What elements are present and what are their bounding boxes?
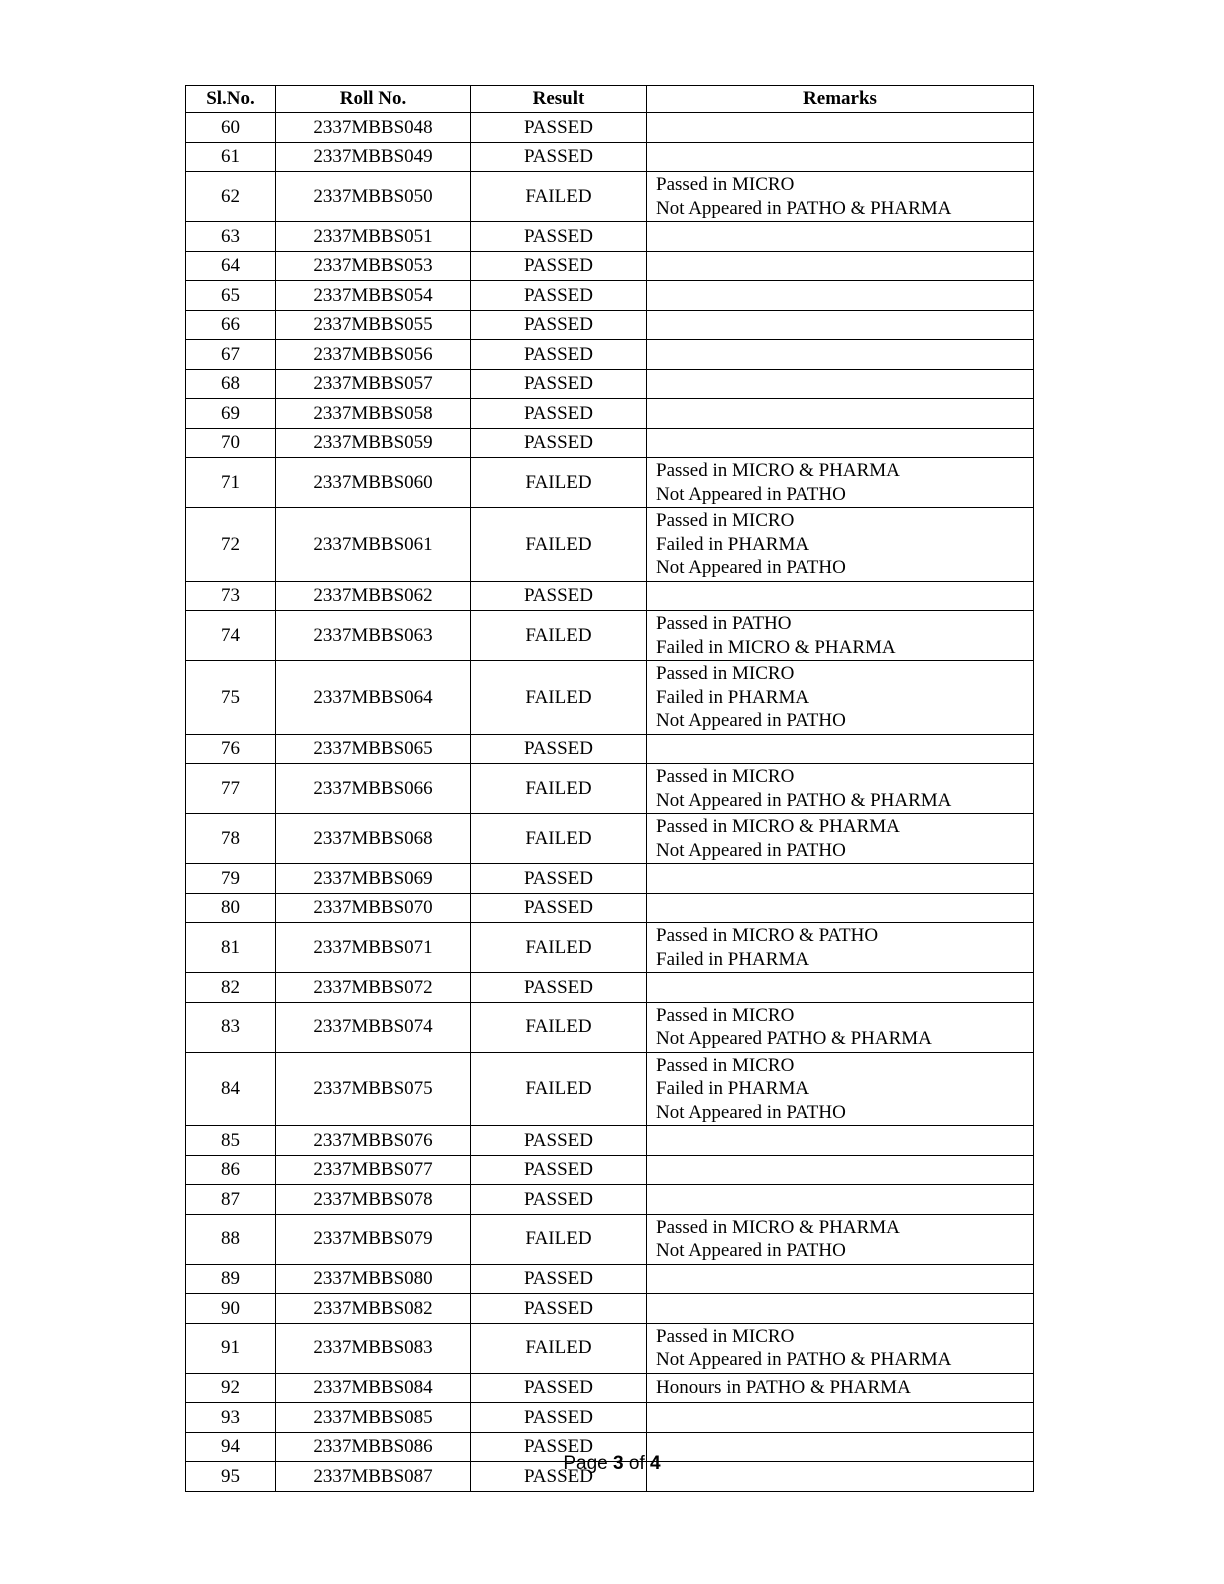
remark-line: Passed in MICRO & PHARMA: [656, 1216, 1033, 1240]
remark-line: Passed in MICRO: [656, 1054, 1033, 1078]
cell-result: FAILED: [471, 814, 647, 864]
cell-sl-no: 60: [186, 113, 276, 143]
cell-roll-no: 2337MBBS057: [276, 369, 471, 399]
cell-result: FAILED: [471, 1002, 647, 1052]
table-row: 662337MBBS055PASSED: [186, 310, 1034, 340]
cell-roll-no: 2337MBBS078: [276, 1185, 471, 1215]
cell-sl-no: 65: [186, 281, 276, 311]
cell-result: FAILED: [471, 611, 647, 661]
current-page-number: 3: [613, 1453, 624, 1474]
cell-result: PASSED: [471, 1373, 647, 1403]
cell-sl-no: 82: [186, 973, 276, 1003]
remark-line: Passed in MICRO & PHARMA: [656, 815, 1033, 839]
cell-remarks: [647, 251, 1034, 281]
cell-roll-no: 2337MBBS079: [276, 1214, 471, 1264]
header-sl-no: Sl.No.: [186, 86, 276, 113]
cell-result: FAILED: [471, 1052, 647, 1126]
cell-sl-no: 89: [186, 1264, 276, 1294]
cell-remarks: [647, 893, 1034, 923]
remark-line: Passed in PATHO: [656, 612, 1033, 636]
table-row: 632337MBBS051PASSED: [186, 222, 1034, 252]
cell-remarks: [647, 1185, 1034, 1215]
cell-result: FAILED: [471, 1323, 647, 1373]
results-body: 602337MBBS048PASSED612337MBBS049PASSED62…: [186, 113, 1034, 1492]
cell-remarks: [647, 1126, 1034, 1156]
cell-roll-no: 2337MBBS059: [276, 428, 471, 458]
remark-line: Honours in PATHO & PHARMA: [656, 1376, 1033, 1400]
cell-roll-no: 2337MBBS060: [276, 458, 471, 508]
cell-remarks: [647, 310, 1034, 340]
of-word: of: [629, 1453, 645, 1474]
cell-sl-no: 73: [186, 581, 276, 611]
cell-sl-no: 69: [186, 399, 276, 429]
cell-sl-no: 77: [186, 764, 276, 814]
cell-sl-no: 91: [186, 1323, 276, 1373]
cell-roll-no: 2337MBBS080: [276, 1264, 471, 1294]
cell-roll-no: 2337MBBS069: [276, 864, 471, 894]
cell-remarks: [647, 142, 1034, 172]
cell-roll-no: 2337MBBS050: [276, 172, 471, 222]
cell-remarks: [647, 369, 1034, 399]
remark-line: Not Appeared in PATHO & PHARMA: [656, 789, 1033, 813]
cell-roll-no: 2337MBBS062: [276, 581, 471, 611]
remark-line: Not Appeared PATHO & PHARMA: [656, 1027, 1033, 1051]
table-row: 712337MBBS060FAILEDPassed in MICRO & PHA…: [186, 458, 1034, 508]
cell-remarks: [647, 222, 1034, 252]
table-row: 762337MBBS065PASSED: [186, 734, 1034, 764]
cell-result: PASSED: [471, 1403, 647, 1433]
cell-remarks: Passed in MICRONot Appeared in PATHO & P…: [647, 764, 1034, 814]
cell-roll-no: 2337MBBS082: [276, 1294, 471, 1324]
cell-roll-no: 2337MBBS056: [276, 340, 471, 370]
cell-roll-no: 2337MBBS063: [276, 611, 471, 661]
cell-remarks: [647, 428, 1034, 458]
cell-result: FAILED: [471, 508, 647, 582]
cell-remarks: Passed in MICROFailed in PHARMANot Appea…: [647, 508, 1034, 582]
table-row: 852337MBBS076PASSED: [186, 1126, 1034, 1156]
cell-roll-no: 2337MBBS074: [276, 1002, 471, 1052]
table-row: 862337MBBS077PASSED: [186, 1155, 1034, 1185]
cell-sl-no: 62: [186, 172, 276, 222]
cell-result: PASSED: [471, 734, 647, 764]
remark-line: Passed in MICRO: [656, 765, 1033, 789]
cell-result: PASSED: [471, 281, 647, 311]
cell-remarks: [647, 1155, 1034, 1185]
cell-result: PASSED: [471, 340, 647, 370]
page-footer: Page 3 of 4: [0, 1453, 1224, 1475]
cell-sl-no: 87: [186, 1185, 276, 1215]
cell-result: FAILED: [471, 458, 647, 508]
cell-sl-no: 64: [186, 251, 276, 281]
remark-line: Not Appeared in PATHO: [656, 483, 1033, 507]
remark-line: Passed in MICRO & PHARMA: [656, 459, 1033, 483]
cell-roll-no: 2337MBBS084: [276, 1373, 471, 1403]
cell-result: PASSED: [471, 1126, 647, 1156]
cell-roll-no: 2337MBBS064: [276, 661, 471, 735]
cell-remarks: [647, 340, 1034, 370]
table-row: 672337MBBS056PASSED: [186, 340, 1034, 370]
cell-remarks: Passed in MICRONot Appeared PATHO & PHAR…: [647, 1002, 1034, 1052]
cell-sl-no: 71: [186, 458, 276, 508]
header-roll-no: Roll No.: [276, 86, 471, 113]
cell-sl-no: 90: [186, 1294, 276, 1324]
cell-roll-no: 2337MBBS061: [276, 508, 471, 582]
cell-remarks: [647, 1403, 1034, 1433]
results-table: Sl.No. Roll No. Result Remarks 602337MBB…: [185, 85, 1034, 1492]
table-row: 752337MBBS064FAILEDPassed in MICROFailed…: [186, 661, 1034, 735]
table-row: 842337MBBS075FAILEDPassed in MICROFailed…: [186, 1052, 1034, 1126]
remark-line: Passed in MICRO: [656, 1004, 1033, 1028]
cell-remarks: Passed in MICROFailed in PHARMANot Appea…: [647, 1052, 1034, 1126]
cell-sl-no: 92: [186, 1373, 276, 1403]
total-pages-number: 4: [650, 1453, 661, 1474]
cell-result: PASSED: [471, 142, 647, 172]
cell-sl-no: 66: [186, 310, 276, 340]
cell-remarks: [647, 1294, 1034, 1324]
table-row: 782337MBBS068FAILEDPassed in MICRO & PHA…: [186, 814, 1034, 864]
cell-sl-no: 61: [186, 142, 276, 172]
cell-sl-no: 88: [186, 1214, 276, 1264]
cell-sl-no: 83: [186, 1002, 276, 1052]
cell-result: FAILED: [471, 172, 647, 222]
cell-result: PASSED: [471, 1155, 647, 1185]
cell-roll-no: 2337MBBS068: [276, 814, 471, 864]
cell-roll-no: 2337MBBS083: [276, 1323, 471, 1373]
remark-line: Failed in PHARMA: [656, 1077, 1033, 1101]
table-row: 682337MBBS057PASSED: [186, 369, 1034, 399]
cell-roll-no: 2337MBBS049: [276, 142, 471, 172]
cell-sl-no: 76: [186, 734, 276, 764]
cell-sl-no: 79: [186, 864, 276, 894]
document-page: Sl.No. Roll No. Result Remarks 602337MBB…: [0, 0, 1224, 1584]
cell-remarks: [647, 1264, 1034, 1294]
cell-sl-no: 86: [186, 1155, 276, 1185]
cell-roll-no: 2337MBBS076: [276, 1126, 471, 1156]
cell-remarks: Passed in MICRO & PHARMANot Appeared in …: [647, 1214, 1034, 1264]
cell-sl-no: 80: [186, 893, 276, 923]
cell-remarks: Honours in PATHO & PHARMA: [647, 1373, 1034, 1403]
table-row: 932337MBBS085PASSED: [186, 1403, 1034, 1433]
table-header-row: Sl.No. Roll No. Result Remarks: [186, 86, 1034, 113]
header-result: Result: [471, 86, 647, 113]
cell-roll-no: 2337MBBS065: [276, 734, 471, 764]
cell-sl-no: 81: [186, 923, 276, 973]
cell-roll-no: 2337MBBS085: [276, 1403, 471, 1433]
table-row: 652337MBBS054PASSED: [186, 281, 1034, 311]
header-remarks: Remarks: [647, 86, 1034, 113]
cell-result: PASSED: [471, 428, 647, 458]
cell-result: PASSED: [471, 399, 647, 429]
cell-remarks: [647, 864, 1034, 894]
table-row: 722337MBBS061FAILEDPassed in MICROFailed…: [186, 508, 1034, 582]
cell-remarks: [647, 399, 1034, 429]
remark-line: Failed in PHARMA: [656, 948, 1033, 972]
table-row: 822337MBBS072PASSED: [186, 973, 1034, 1003]
cell-roll-no: 2337MBBS071: [276, 923, 471, 973]
cell-sl-no: 74: [186, 611, 276, 661]
cell-result: PASSED: [471, 310, 647, 340]
cell-result: FAILED: [471, 764, 647, 814]
cell-result: PASSED: [471, 893, 647, 923]
remark-line: Passed in MICRO: [656, 509, 1033, 533]
cell-roll-no: 2337MBBS066: [276, 764, 471, 814]
cell-result: PASSED: [471, 1264, 647, 1294]
cell-result: PASSED: [471, 973, 647, 1003]
cell-roll-no: 2337MBBS072: [276, 973, 471, 1003]
cell-result: PASSED: [471, 113, 647, 143]
cell-sl-no: 75: [186, 661, 276, 735]
table-row: 602337MBBS048PASSED: [186, 113, 1034, 143]
cell-result: FAILED: [471, 923, 647, 973]
table-row: 742337MBBS063FAILEDPassed in PATHOFailed…: [186, 611, 1034, 661]
remark-line: Not Appeared in PATHO & PHARMA: [656, 197, 1033, 221]
cell-roll-no: 2337MBBS075: [276, 1052, 471, 1126]
cell-roll-no: 2337MBBS058: [276, 399, 471, 429]
cell-sl-no: 68: [186, 369, 276, 399]
cell-remarks: Passed in MICRONot Appeared in PATHO & P…: [647, 1323, 1034, 1373]
table-row: 922337MBBS084PASSEDHonours in PATHO & PH…: [186, 1373, 1034, 1403]
cell-result: PASSED: [471, 251, 647, 281]
cell-roll-no: 2337MBBS077: [276, 1155, 471, 1185]
cell-result: PASSED: [471, 1185, 647, 1215]
cell-result: PASSED: [471, 581, 647, 611]
table-row: 692337MBBS058PASSED: [186, 399, 1034, 429]
table-row: 872337MBBS078PASSED: [186, 1185, 1034, 1215]
remark-line: Not Appeared in PATHO: [656, 839, 1033, 863]
remark-line: Passed in MICRO & PATHO: [656, 924, 1033, 948]
table-row: 912337MBBS083FAILEDPassed in MICRONot Ap…: [186, 1323, 1034, 1373]
cell-sl-no: 70: [186, 428, 276, 458]
cell-roll-no: 2337MBBS051: [276, 222, 471, 252]
table-row: 902337MBBS082PASSED: [186, 1294, 1034, 1324]
cell-remarks: [647, 734, 1034, 764]
table-row: 892337MBBS080PASSED: [186, 1264, 1034, 1294]
cell-roll-no: 2337MBBS053: [276, 251, 471, 281]
cell-sl-no: 78: [186, 814, 276, 864]
remark-line: Not Appeared in PATHO & PHARMA: [656, 1348, 1033, 1372]
remark-line: Not Appeared in PATHO: [656, 1101, 1033, 1125]
cell-roll-no: 2337MBBS048: [276, 113, 471, 143]
remark-line: Failed in MICRO & PHARMA: [656, 636, 1033, 660]
cell-roll-no: 2337MBBS070: [276, 893, 471, 923]
table-row: 802337MBBS070PASSED: [186, 893, 1034, 923]
cell-sl-no: 85: [186, 1126, 276, 1156]
cell-roll-no: 2337MBBS054: [276, 281, 471, 311]
cell-sl-no: 84: [186, 1052, 276, 1126]
cell-remarks: [647, 973, 1034, 1003]
cell-result: FAILED: [471, 1214, 647, 1264]
cell-sl-no: 63: [186, 222, 276, 252]
remark-line: Failed in PHARMA: [656, 533, 1033, 557]
cell-result: PASSED: [471, 864, 647, 894]
table-row: 622337MBBS050FAILEDPassed in MICRONot Ap…: [186, 172, 1034, 222]
cell-remarks: [647, 113, 1034, 143]
remark-line: Not Appeared in PATHO: [656, 1239, 1033, 1263]
cell-roll-no: 2337MBBS055: [276, 310, 471, 340]
cell-remarks: Passed in MICRONot Appeared in PATHO & P…: [647, 172, 1034, 222]
cell-remarks: [647, 281, 1034, 311]
cell-sl-no: 67: [186, 340, 276, 370]
cell-sl-no: 72: [186, 508, 276, 582]
table-row: 702337MBBS059PASSED: [186, 428, 1034, 458]
cell-result: PASSED: [471, 369, 647, 399]
cell-sl-no: 93: [186, 1403, 276, 1433]
cell-remarks: Passed in PATHOFailed in MICRO & PHARMA: [647, 611, 1034, 661]
remark-line: Passed in MICRO: [656, 173, 1033, 197]
cell-remarks: Passed in MICRO & PHARMANot Appeared in …: [647, 458, 1034, 508]
cell-remarks: [647, 581, 1034, 611]
table-row: 792337MBBS069PASSED: [186, 864, 1034, 894]
cell-remarks: Passed in MICRO & PATHOFailed in PHARMA: [647, 923, 1034, 973]
remark-line: Passed in MICRO: [656, 1325, 1033, 1349]
table-row: 812337MBBS071FAILEDPassed in MICRO & PAT…: [186, 923, 1034, 973]
page-word: Page: [563, 1453, 607, 1474]
cell-result: PASSED: [471, 222, 647, 252]
cell-remarks: Passed in MICROFailed in PHARMANot Appea…: [647, 661, 1034, 735]
table-row: 612337MBBS049PASSED: [186, 142, 1034, 172]
remark-line: Not Appeared in PATHO: [656, 556, 1033, 580]
remark-line: Passed in MICRO: [656, 662, 1033, 686]
cell-result: PASSED: [471, 1294, 647, 1324]
remark-line: Failed in PHARMA: [656, 686, 1033, 710]
cell-remarks: Passed in MICRO & PHARMANot Appeared in …: [647, 814, 1034, 864]
table-row: 772337MBBS066FAILEDPassed in MICRONot Ap…: [186, 764, 1034, 814]
table-row: 642337MBBS053PASSED: [186, 251, 1034, 281]
cell-result: FAILED: [471, 661, 647, 735]
table-row: 882337MBBS079FAILEDPassed in MICRO & PHA…: [186, 1214, 1034, 1264]
remark-line: Not Appeared in PATHO: [656, 709, 1033, 733]
table-row: 732337MBBS062PASSED: [186, 581, 1034, 611]
table-row: 832337MBBS074FAILEDPassed in MICRONot Ap…: [186, 1002, 1034, 1052]
